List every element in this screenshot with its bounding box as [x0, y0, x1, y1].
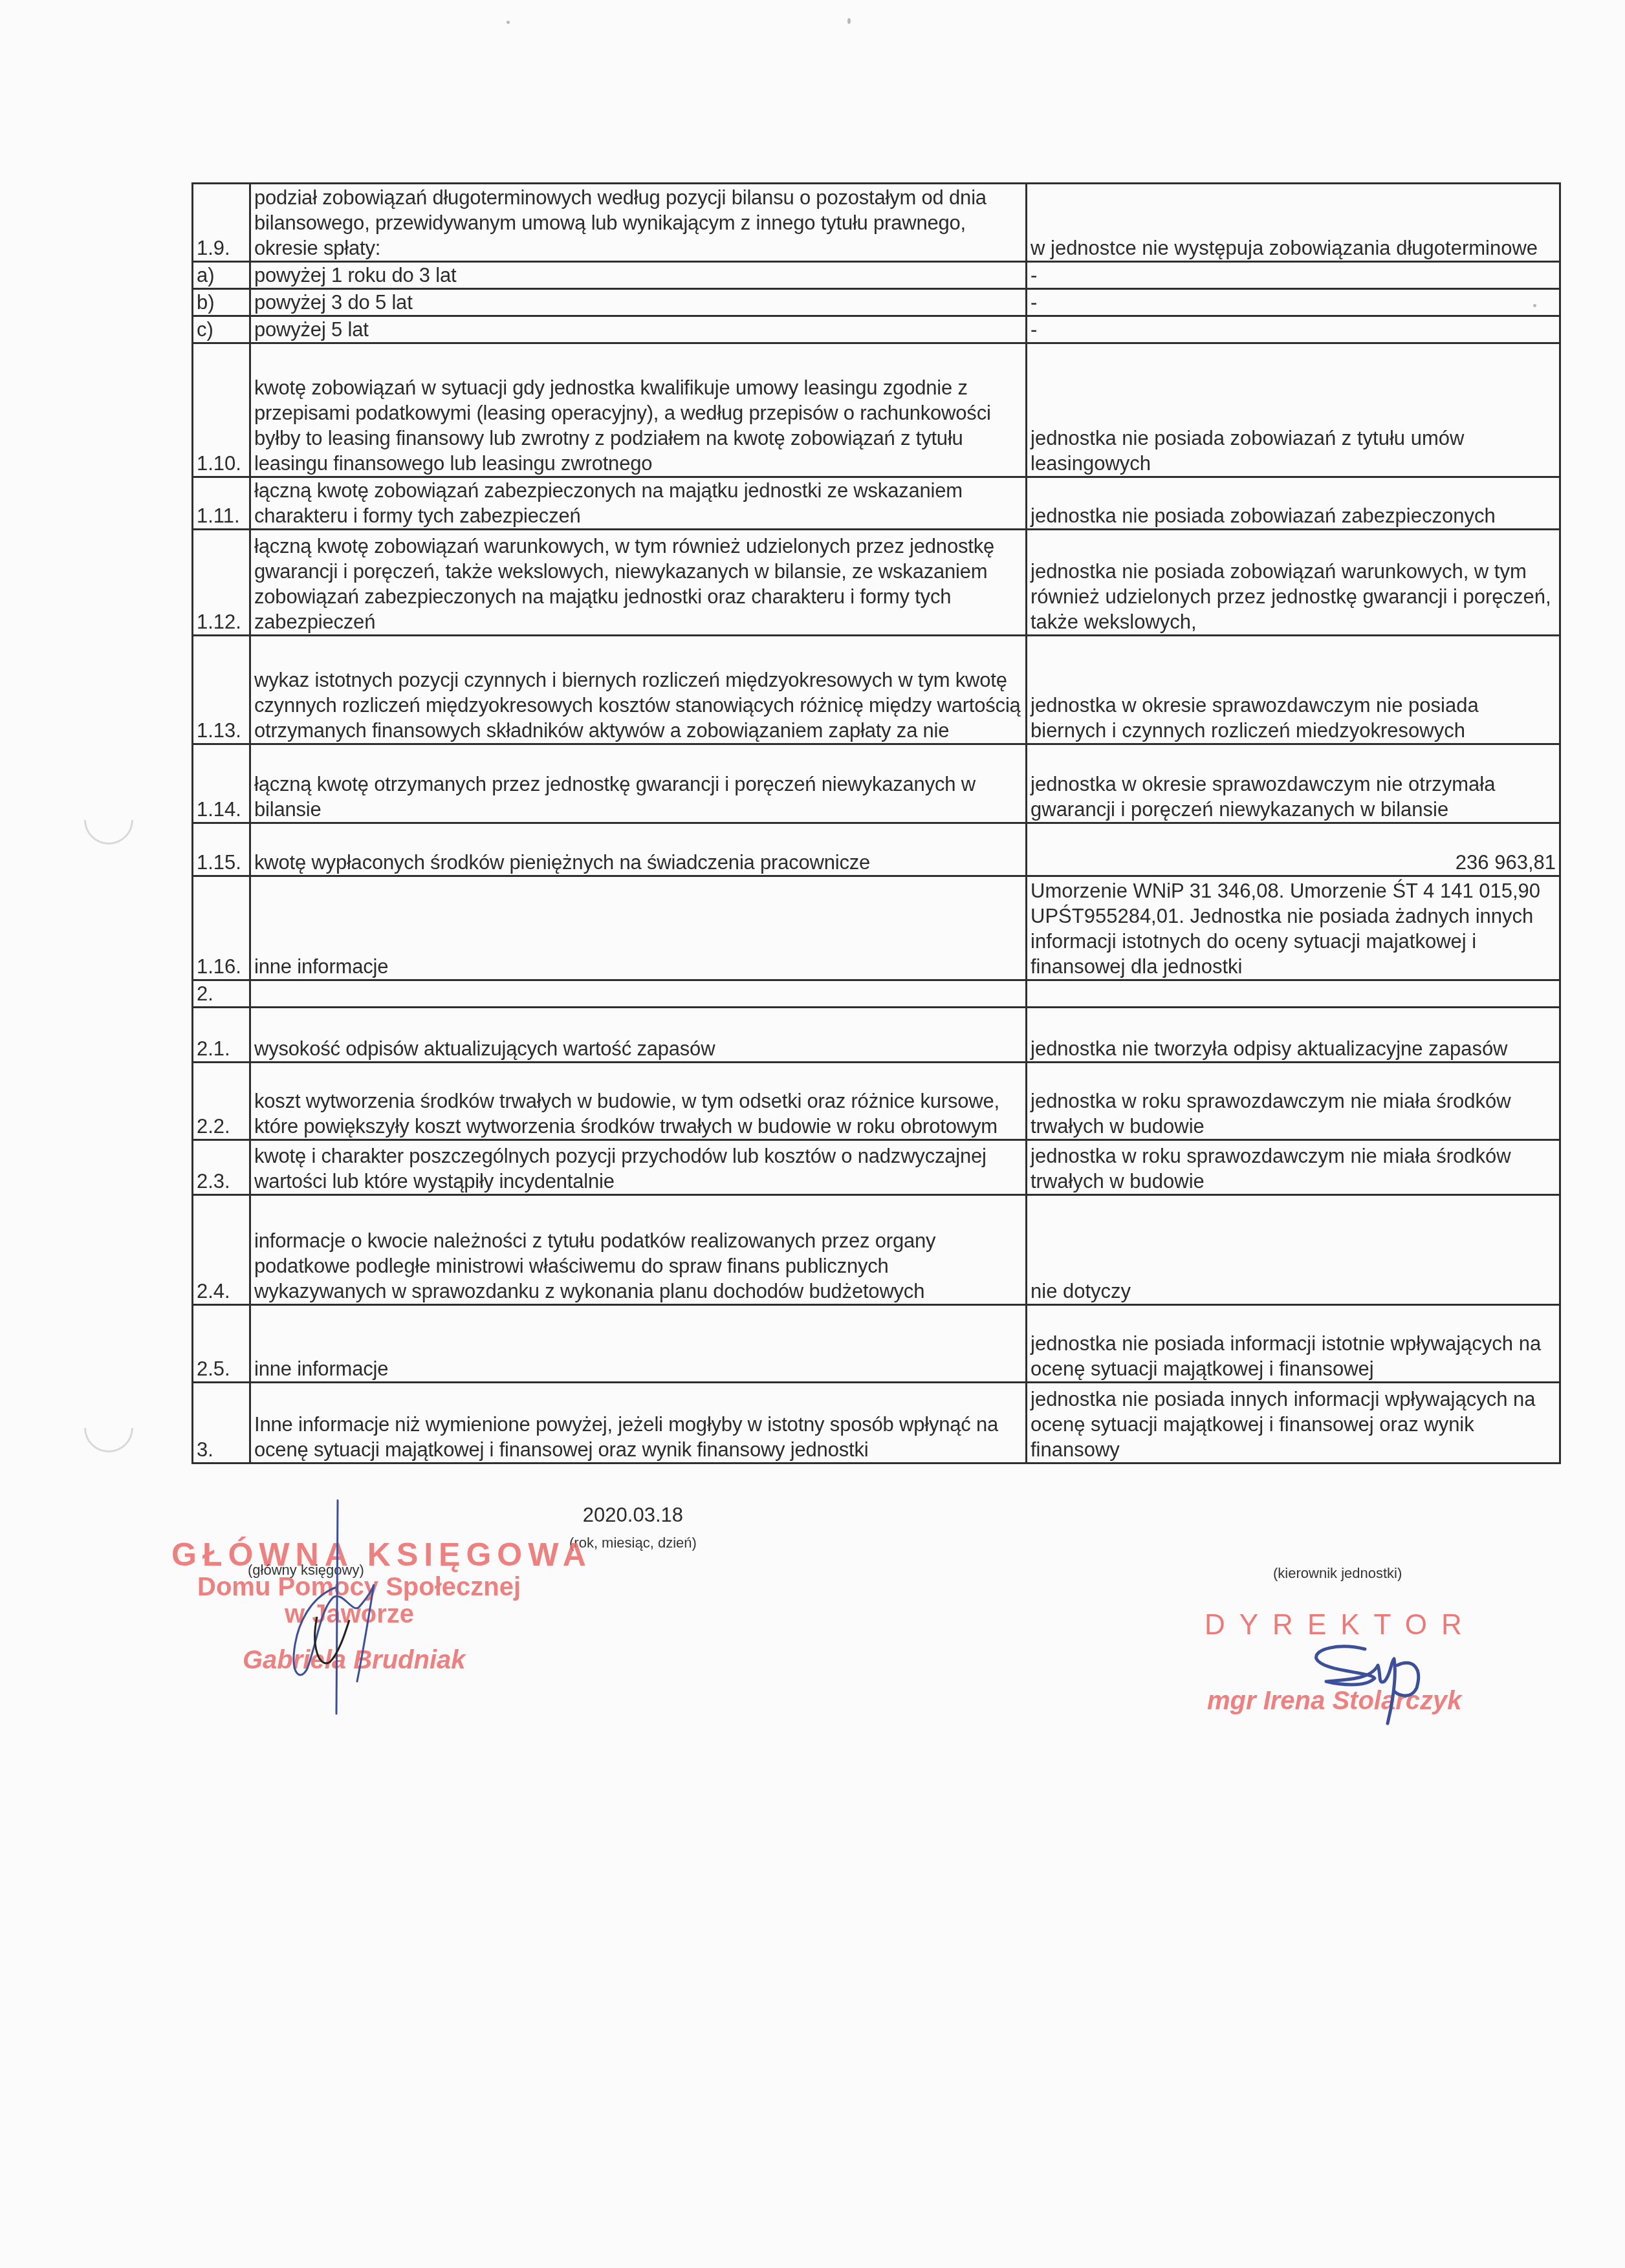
row-description: inne informacje — [250, 876, 1027, 980]
row-number: 2.5. — [193, 1305, 250, 1383]
row-value: jednostka nie posiada innych informacji … — [1027, 1383, 1560, 1463]
row-number: 2.4. — [193, 1195, 250, 1305]
row-number: 2. — [193, 980, 250, 1008]
row-value — [1027, 980, 1560, 1008]
row-number: 1.13. — [193, 636, 250, 744]
row-value: jednostka w roku sprawozdawczym nie miał… — [1027, 1063, 1560, 1140]
row-value: jednostka nie posiada zobowiazań zabezpi… — [1027, 477, 1560, 530]
row-description: koszt wytworzenia środków trwałych w bud… — [250, 1063, 1027, 1140]
row-value: jednostka w roku sprawozdawczym nie miał… — [1027, 1140, 1560, 1195]
table-row: c)powyżej 5 lat- — [193, 316, 1560, 343]
row-number: 1.10. — [193, 343, 250, 477]
row-description: podział zobowiązań długoterminowych wedł… — [250, 184, 1027, 262]
row-value: jednostka nie posiada informacji istotni… — [1027, 1305, 1560, 1383]
row-description — [250, 980, 1027, 1008]
row-number: 2.2. — [193, 1063, 250, 1140]
table-row: 1.15.kwotę wypłaconych środków pieniężny… — [193, 823, 1560, 876]
row-description: powyżej 1 roku do 3 lat — [250, 262, 1027, 289]
row-number: a) — [193, 262, 250, 289]
row-description: kwotę zobowiązań w sytuacji gdy jednostk… — [250, 343, 1027, 477]
row-value: jednostka nie posiada zobowiazań z tytuł… — [1027, 343, 1560, 477]
punch-hole-mark — [74, 785, 143, 854]
row-number: 1.12. — [193, 530, 250, 636]
row-value: 236 963,81 — [1027, 823, 1560, 876]
table-row: 2.3.kwotę i charakter poszczególnych poz… — [193, 1140, 1560, 1195]
table-row: 3.Inne informacje niż wymienione powyżej… — [193, 1383, 1560, 1463]
row-number: 1.9. — [193, 184, 250, 262]
row-number: b) — [193, 289, 250, 316]
row-description: łączną kwotę otrzymanych przez jednostkę… — [250, 744, 1027, 823]
table-row: 1.9.podział zobowiązań długoterminowych … — [193, 184, 1560, 262]
row-value: jednostka nie tworzyła odpisy aktualizac… — [1027, 1008, 1560, 1063]
row-value: Umorzenie WNiP 31 346,08. Umorzenie ŚT 4… — [1027, 876, 1560, 980]
row-value: jednostka w okresie sprawozdawczym nie p… — [1027, 636, 1560, 744]
row-number: 2.3. — [193, 1140, 250, 1195]
row-description: łączną kwotę zobowiązań zabezpieczonych … — [250, 477, 1027, 530]
row-description: łączną kwotę zobowiązań warunkowych, w t… — [250, 530, 1027, 636]
row-value: nie dotyczy — [1027, 1195, 1560, 1305]
table-row: b)powyżej 3 do 5 lat- — [193, 289, 1560, 316]
notes-table: 1.9.podział zobowiązań długoterminowych … — [191, 182, 1561, 1464]
accountant-signature-icon — [272, 1500, 401, 1714]
row-number: 1.16. — [193, 876, 250, 980]
row-description: powyżej 5 lat — [250, 316, 1027, 343]
row-value: - — [1027, 316, 1560, 343]
row-number: 1.11. — [193, 477, 250, 530]
table-row: 2.2.koszt wytworzenia środków trwałych w… — [193, 1063, 1560, 1140]
row-number: 3. — [193, 1383, 250, 1463]
row-value: jednostka nie posiada zobowiązań warunko… — [1027, 530, 1560, 636]
row-description: wysokość odpisów aktualizujących wartość… — [250, 1008, 1027, 1063]
row-number: 1.14. — [193, 744, 250, 823]
head-caption: (kierownik jednostki) — [1273, 1565, 1402, 1582]
row-description: kwotę wypłaconych środków pieniężnych na… — [250, 823, 1027, 876]
scan-speck — [507, 21, 510, 24]
row-number: 1.15. — [193, 823, 250, 876]
head-signature-icon — [1300, 1639, 1443, 1730]
row-description: powyżej 3 do 5 lat — [250, 289, 1027, 316]
report-date: 2020.03.18 — [569, 1504, 697, 1527]
row-value: w jednostce nie występuja zobowiązania d… — [1027, 184, 1560, 262]
row-description: wykaz istotnych pozycji czynnych i biern… — [250, 636, 1027, 744]
table-row: 1.14.łączną kwotę otrzymanych przez jedn… — [193, 744, 1560, 823]
table-row: 1.12.łączną kwotę zobowiązań warunkowych… — [193, 530, 1560, 636]
head-stamp-title: DYREKTOR — [1205, 1609, 1476, 1641]
table-row: 1.13.wykaz istotnych pozycji czynnych i … — [193, 636, 1560, 744]
row-description: Inne informacje niż wymienione powyżej, … — [250, 1383, 1027, 1463]
table-row: a)powyżej 1 roku do 3 lat- — [193, 262, 1560, 289]
table-row: 2.1.wysokość odpisów aktualizujących war… — [193, 1008, 1560, 1063]
row-number: 2.1. — [193, 1008, 250, 1063]
row-value: jednostka w okresie sprawozdawczym nie o… — [1027, 744, 1560, 823]
table-row: 1.11.łączną kwotę zobowiązań zabezpieczo… — [193, 477, 1560, 530]
scan-speck — [847, 18, 851, 24]
table-row: 1.16.inne informacjeUmorzenie WNiP 31 34… — [193, 876, 1560, 980]
table-row: 1.10.kwotę zobowiązań w sytuacji gdy jed… — [193, 343, 1560, 477]
table-row: 2. — [193, 980, 1560, 1008]
row-description: kwotę i charakter poszczególnych pozycji… — [250, 1140, 1027, 1195]
table-row: 2.4.informacje o kwocie należności z tyt… — [193, 1195, 1560, 1305]
row-value: - — [1027, 262, 1560, 289]
row-number: c) — [193, 316, 250, 343]
table-row: 2.5.inne informacjejednostka nie posiada… — [193, 1305, 1560, 1383]
row-value: - — [1027, 289, 1560, 316]
row-description: informacje o kwocie należności z tytułu … — [250, 1195, 1027, 1305]
row-description: inne informacje — [250, 1305, 1027, 1383]
punch-hole-mark — [74, 1393, 143, 1462]
